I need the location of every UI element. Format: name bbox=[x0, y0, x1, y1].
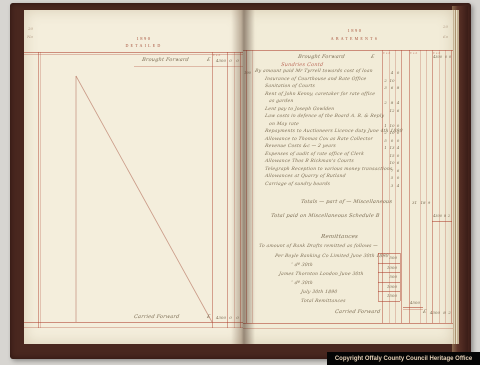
entry-pence: 0 bbox=[395, 123, 401, 128]
rule bbox=[378, 263, 400, 264]
right-page-year: 1890 bbox=[295, 28, 415, 33]
totals-pence: 9 bbox=[426, 200, 432, 205]
entry-pence: 4 bbox=[395, 183, 401, 188]
rule bbox=[243, 50, 453, 51]
rule bbox=[378, 253, 400, 254]
entry-pence: 8 bbox=[395, 85, 401, 90]
carried-forward-label: Carried Forward bbox=[134, 314, 180, 320]
entry-text: Allowance to Thomas Cox as Rate Collecto… bbox=[265, 137, 374, 142]
entry-text: Telegraph Reception to various money tra… bbox=[265, 167, 393, 172]
schedule-total-label: Total paid on Miscellaneous Schedule B bbox=[271, 213, 380, 219]
schedule-total-pence: 2 bbox=[447, 214, 451, 218]
rule bbox=[403, 307, 423, 308]
entry-pence: 6 bbox=[395, 160, 401, 165]
rule bbox=[445, 50, 446, 323]
subheading: Sundries Contd bbox=[281, 62, 324, 68]
rule bbox=[378, 282, 400, 283]
rule bbox=[451, 50, 452, 323]
remittances-intro: To amount of Bank Drafts remitted as fol… bbox=[259, 244, 378, 249]
entry-shillings: 10 bbox=[389, 78, 395, 83]
brought-forward-pence: 0 bbox=[448, 55, 452, 59]
entry-text: By amount paid Mr Tyrrell towards cost o… bbox=[255, 69, 373, 74]
remittance-amount: 1000 bbox=[380, 265, 397, 270]
entry-pence: 0 bbox=[395, 175, 401, 180]
entry-text: Lent pay to Joseph Gowlden bbox=[265, 107, 335, 112]
right-page-mark: £o bbox=[443, 34, 448, 39]
rule bbox=[439, 50, 440, 323]
rule bbox=[420, 50, 421, 323]
entry-pence: 4 bbox=[395, 145, 401, 150]
entry-text-continuation: as garden bbox=[269, 99, 294, 104]
totals-row-label: Totals — part of — Miscellaneous bbox=[301, 199, 393, 205]
carried-forward-pounds: 4300 bbox=[428, 310, 440, 315]
entry-pounds: 5 bbox=[382, 138, 389, 143]
right-page-number: 20 bbox=[443, 24, 448, 29]
entry-pence: 4 bbox=[395, 100, 401, 105]
schedule-total-pounds: 4300 bbox=[432, 214, 442, 218]
entry-text: Expenses of audit of rate office of Cler… bbox=[265, 152, 365, 157]
entry-pounds: 1 bbox=[382, 123, 389, 128]
rule bbox=[432, 50, 433, 323]
remittance-amount: 1000 bbox=[380, 284, 397, 289]
remittance-amount: 1500 bbox=[380, 293, 397, 298]
remittance-amount: 500 bbox=[380, 274, 397, 279]
totals-pounds: 31 bbox=[409, 200, 420, 205]
entry-text-continuation: on May rate bbox=[269, 122, 300, 127]
entry-pence: 0 bbox=[395, 138, 401, 143]
entry-text: Sanitation of Courts bbox=[265, 84, 316, 89]
rule bbox=[432, 221, 452, 222]
rule bbox=[403, 309, 423, 310]
carried-forward-label: Carried Forward bbox=[335, 309, 381, 315]
entry-pounds: 2 bbox=[382, 78, 389, 83]
rule bbox=[378, 272, 400, 273]
remittance-amount: 500 bbox=[380, 255, 397, 260]
rule bbox=[378, 291, 400, 292]
brought-forward-pounds: 4300 bbox=[432, 55, 442, 59]
entry-pounds: 2 bbox=[382, 130, 389, 135]
entry-text: Allowance Thos B Rickman's Courts bbox=[265, 159, 354, 164]
copyright-text: Copyright Offaly County Council Heritage… bbox=[335, 356, 472, 362]
rule bbox=[409, 50, 410, 323]
entry-pence: 6 bbox=[395, 168, 401, 173]
entry-pounds: 1 bbox=[382, 145, 389, 150]
entry-text: Insurance of Courthouse and Rate Office bbox=[265, 77, 367, 82]
total-remittances-label: Total Remittances bbox=[301, 299, 346, 304]
remittance-row: ″ dº 30th bbox=[291, 281, 313, 286]
entry-pounds: 3 bbox=[382, 85, 389, 90]
remittance-row: ″ dº 30th bbox=[291, 263, 313, 268]
rule bbox=[243, 328, 453, 329]
right-page: 20 £o 1890 ABATEMENTS £ s d £ s d £ s d … bbox=[243, 10, 453, 344]
right-page-heading: ABATEMENTS bbox=[295, 36, 415, 41]
entry-pence: 0 bbox=[395, 153, 401, 158]
rule bbox=[24, 322, 243, 323]
entry-text: Carriage of sundry boards bbox=[265, 182, 331, 187]
money-column-heads-2: £ s d bbox=[410, 51, 417, 55]
rule bbox=[24, 327, 243, 328]
rule bbox=[426, 50, 427, 323]
scanned-ledger-photo: { "copyright": "Copyright Offaly County … bbox=[0, 0, 480, 365]
currency-sign: £ bbox=[371, 54, 375, 60]
entry-text: Revenue Costs &c — 2 years bbox=[265, 144, 337, 149]
entry-pence: 6 bbox=[395, 108, 401, 113]
carried-forward-pounds: 4300 bbox=[213, 315, 226, 320]
rule bbox=[243, 323, 453, 324]
book-gutter-shadow bbox=[231, 10, 255, 344]
rule bbox=[401, 50, 402, 323]
rule bbox=[378, 301, 400, 302]
left-page: 20 No 1890 DETAILED £ s d Brought Forwar… bbox=[24, 10, 243, 344]
void-triangle-strike bbox=[24, 10, 243, 344]
entry-pence: 0 bbox=[395, 130, 401, 135]
entry-text: Allowances at Quarry of Rutland bbox=[265, 174, 346, 179]
remittance-row: James Thornton London June 30th bbox=[279, 272, 364, 277]
entry-pounds: 2 bbox=[382, 100, 389, 105]
money-column-heads-1: £ s d bbox=[383, 51, 390, 55]
total-remittances-amount: 4500 bbox=[404, 300, 420, 305]
carried-forward-pence: 2 bbox=[447, 310, 452, 315]
rule bbox=[378, 253, 379, 301]
entry-pence: 0 bbox=[395, 70, 401, 75]
entry-text: Rent of John Kenny, caretaker for rate o… bbox=[265, 92, 376, 97]
remittance-row: Per Boyle Banking Co Limited June 30th 1… bbox=[275, 254, 389, 259]
remittances-heading: Remittances bbox=[321, 234, 359, 240]
entry-text: Law costs in defence of the Board A. R. … bbox=[265, 114, 385, 119]
brought-forward-label: Brought Forward bbox=[298, 54, 346, 60]
rule bbox=[400, 253, 401, 301]
copyright-bar: Copyright Offaly County Council Heritage… bbox=[327, 352, 480, 365]
remittance-row: July 30th 1890 bbox=[301, 290, 338, 295]
